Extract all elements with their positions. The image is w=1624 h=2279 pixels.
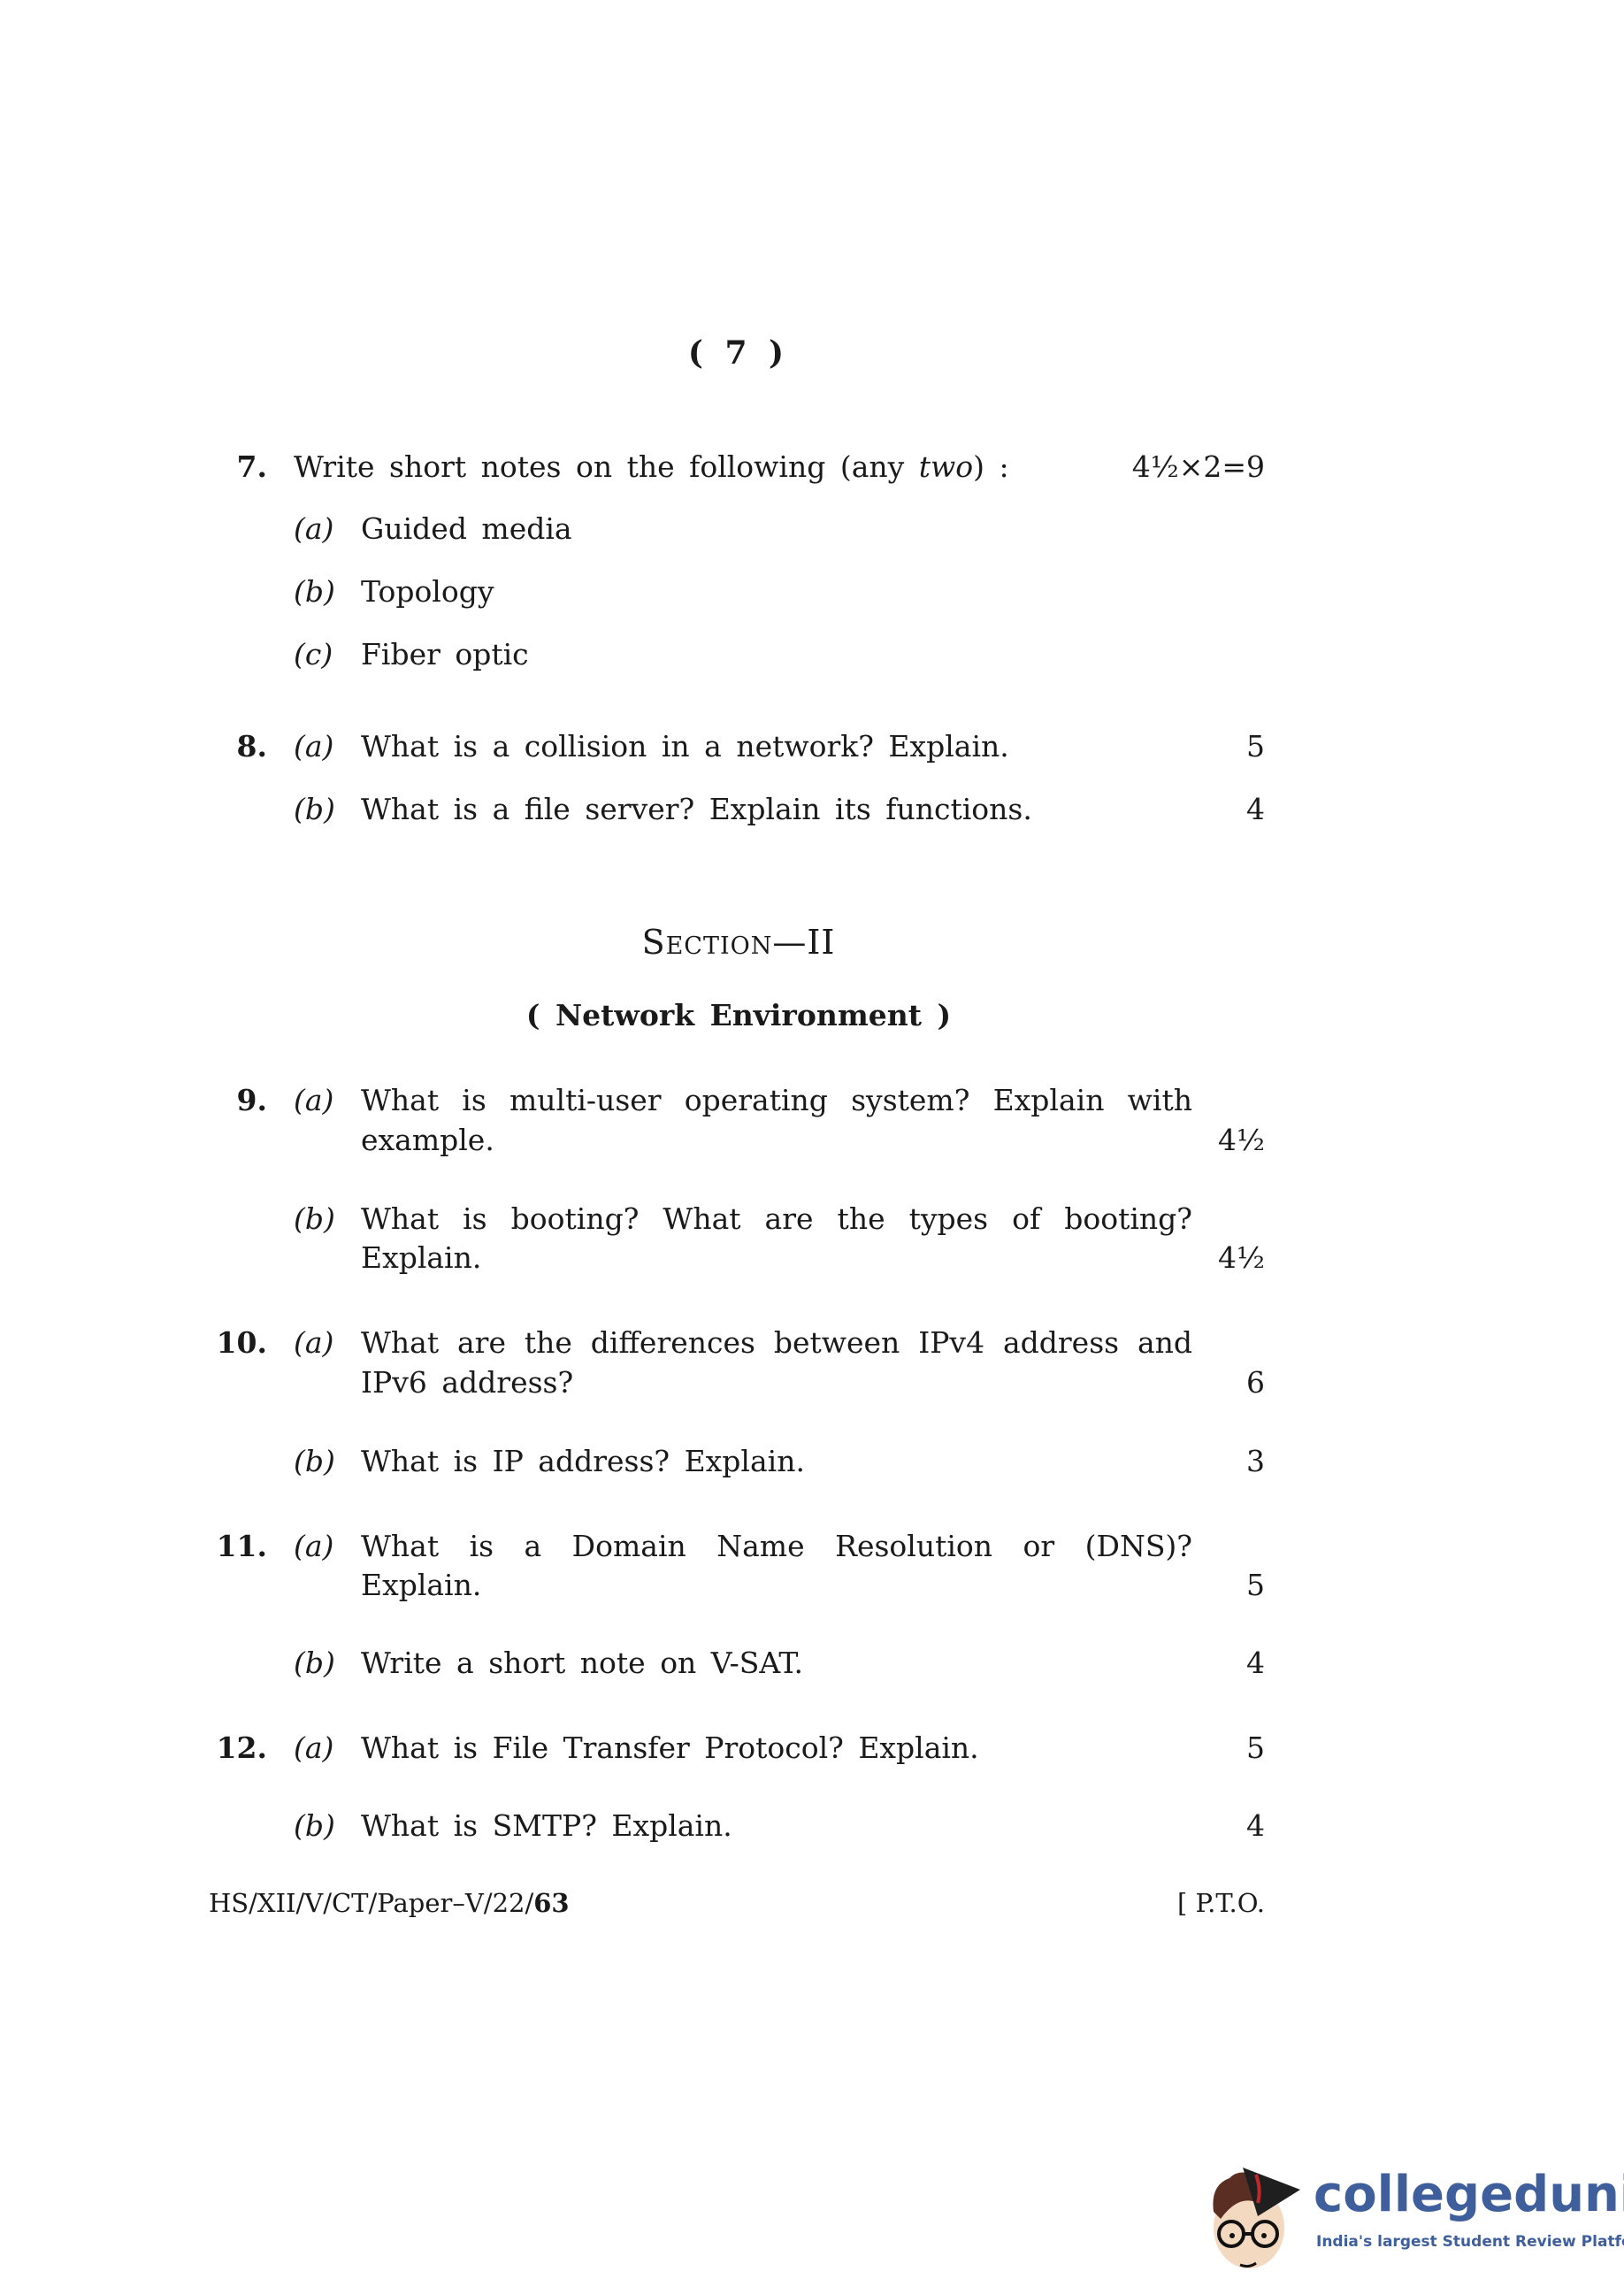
part-text: What is IP address? Explain. <box>361 1444 805 1478</box>
option-label: (a) <box>294 511 333 546</box>
marks: 5 <box>1088 1730 1265 1765</box>
question-number: 12. <box>196 1730 267 1765</box>
section-title: Section—II <box>0 923 1477 962</box>
part-label: (b) <box>294 792 335 826</box>
part-text-line2: Explain. <box>361 1568 481 1602</box>
question-number: 9. <box>196 1083 267 1117</box>
brand-domain: .com <box>1587 2183 1598 2207</box>
paper-code-text: HS/XII/V/CT/Paper–V/22/ <box>209 1888 533 1918</box>
part-label: (a) <box>294 1730 333 1765</box>
page-number: ( 7 ) <box>0 334 1477 372</box>
question-text-main: Write short notes on the following (any <box>294 449 919 484</box>
marks: 4½×2=9 <box>1088 449 1265 484</box>
part-label: (a) <box>294 1083 333 1117</box>
part-label: (b) <box>294 1646 335 1680</box>
part-text-line1: What is booting? What are the types of b… <box>361 1201 1192 1236</box>
collegedunia-logo: collegedunia .com India's largest Studen… <box>1203 2150 1619 2274</box>
option-label: (b) <box>294 574 335 609</box>
option-text: Topology <box>361 574 494 609</box>
marks: 4 <box>1088 1808 1265 1843</box>
part-text-line1: What is multi-user operating system? Exp… <box>361 1083 1192 1117</box>
question-number: 10. <box>196 1325 267 1360</box>
option-label: (c) <box>294 637 333 671</box>
marks: 4½ <box>1088 1123 1265 1157</box>
part-text: What is SMTP? Explain. <box>361 1808 732 1843</box>
question-number: 8. <box>196 729 267 764</box>
question-text-end: ) : <box>973 449 1008 484</box>
marks: 4 <box>1088 792 1265 826</box>
option-text: Fiber optic <box>361 637 529 671</box>
option-text: Guided media <box>361 511 572 546</box>
question-number: 11. <box>196 1529 267 1563</box>
brand-tagline: India's largest Student Review Platform <box>1316 2233 1624 2251</box>
part-label: (a) <box>294 1325 333 1360</box>
mascot-icon <box>1203 2150 1309 2274</box>
part-text-line2: Explain. <box>361 1240 481 1275</box>
part-label: (b) <box>294 1201 335 1236</box>
paper-code-bold: 63 <box>533 1888 569 1918</box>
part-text-line2: IPv6 address? <box>361 1365 573 1400</box>
marks: 6 <box>1088 1365 1265 1400</box>
part-label: (b) <box>294 1808 335 1843</box>
marks: 4½ <box>1088 1240 1265 1275</box>
brand-name: collegedunia <box>1314 2166 1624 2223</box>
section-subtitle: ( Network Environment ) <box>0 998 1477 1032</box>
paper-code: HS/XII/V/CT/Paper–V/22/63 <box>209 1888 570 1918</box>
question-text-italic: two <box>919 449 973 484</box>
part-text: Write a short note on V-SAT. <box>361 1646 803 1680</box>
part-text-line1: What are the differences between IPv4 ad… <box>361 1325 1192 1360</box>
part-text: What is a collision in a network? Explai… <box>361 729 1009 764</box>
marks: 5 <box>1088 729 1265 764</box>
part-label: (a) <box>294 1529 333 1563</box>
part-text: What is File Transfer Protocol? Explain. <box>361 1730 979 1765</box>
marks: 5 <box>1088 1568 1265 1602</box>
part-label: (a) <box>294 729 333 764</box>
part-text-line2: example. <box>361 1123 494 1157</box>
part-text-line1: What is a Domain Name Resolution or (DNS… <box>361 1529 1192 1563</box>
marks: 3 <box>1088 1444 1265 1478</box>
part-text: What is a file server? Explain its funct… <box>361 792 1032 826</box>
question-number: 7. <box>196 449 267 484</box>
marks: 4 <box>1088 1646 1265 1680</box>
pto-label: [ P.T.O. <box>1088 1888 1265 1918</box>
question-text: Write short notes on the following (any … <box>294 449 1009 484</box>
part-label: (b) <box>294 1444 335 1478</box>
